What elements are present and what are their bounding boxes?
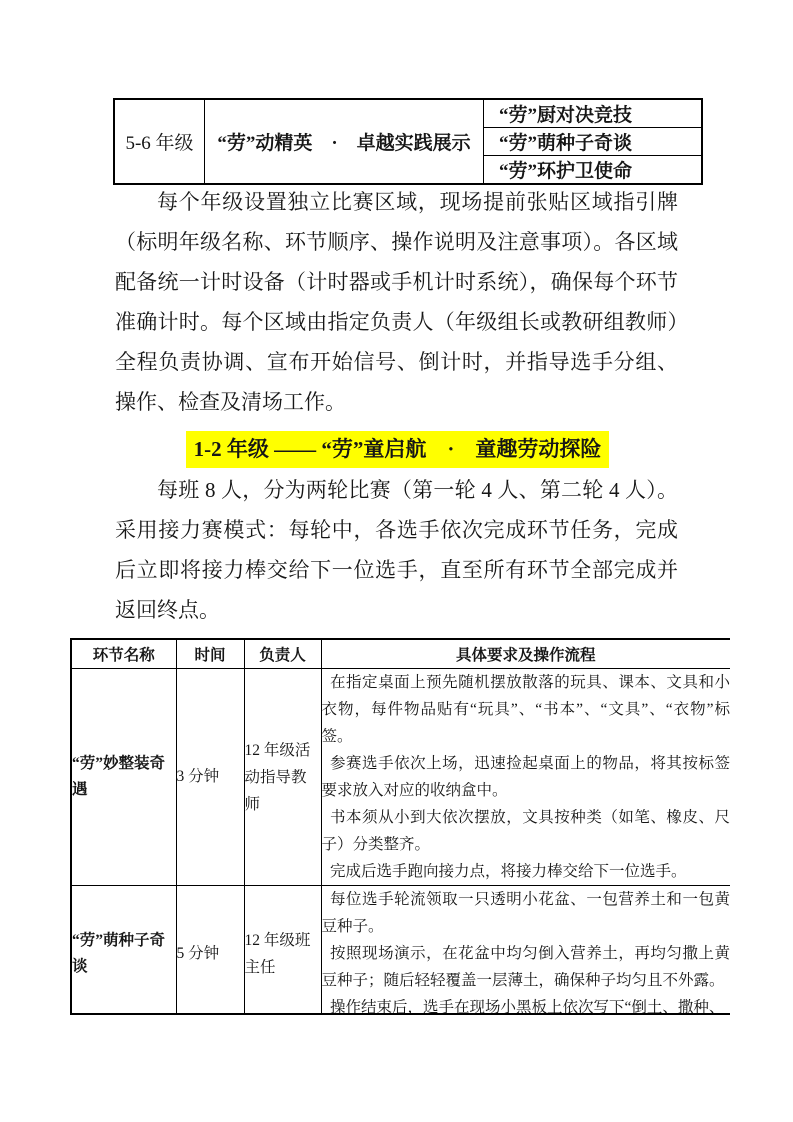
- paragraph-area-setup: 每个年级设置独立比赛区域，现场提前张贴区域指引牌（标明年级名称、环节顺序、操作说…: [115, 182, 678, 422]
- document-page: { "top_table": { "grade": "5-6 年级", "the…: [0, 0, 793, 1122]
- requirements-cell: 每位选手轮流领取一只透明小花盆、一包营养土和一包黄豆种子。 按照现场演示，在花盆…: [321, 886, 730, 1016]
- owner-cell: 12 年级班主任: [244, 886, 321, 1016]
- schedule-table-wrapper: 环节名称 时间 负责人 具体要求及操作流程 “劳”妙整装奇遇 3 分钟 12 年…: [70, 638, 730, 1015]
- requirement-paragraph: 操作结束后，选手在现场小黑板上依次写下“倒土、撒种、: [322, 994, 731, 1015]
- header-cell-time: 时间: [176, 639, 244, 669]
- owner-cell: 12 年级活动指导教师: [244, 669, 321, 886]
- requirements-cell: 在指定桌面上预先随机摆放散落的玩具、课本、文具和小衣物，每件物品贴有“玩具”、“…: [321, 669, 730, 886]
- grade-event-cell: “劳”厨对决竞技: [484, 99, 703, 128]
- header-cell-step-name: 环节名称: [71, 639, 176, 669]
- requirement-paragraph: 参赛选手依次上场，迅速捡起桌面上的物品，将其按标签要求放入对应的收纳盒中。: [322, 750, 731, 804]
- header-cell-owner: 负责人: [244, 639, 321, 669]
- grade-56-table: 5-6 年级 “劳”动精英 · 卓越实践展示 “劳”厨对决竞技 “劳”萌种子奇谈…: [113, 98, 703, 185]
- step-name-cell: “劳”萌种子奇谈: [71, 886, 176, 1016]
- paragraph-grade12-intro: 每班 8 人，分为两轮比赛（第一轮 4 人、第二轮 4 人）。采用接力赛模式：每…: [115, 470, 678, 630]
- step-name-cell: “劳”妙整装奇遇: [71, 669, 176, 886]
- table-row: 5-6 年级 “劳”动精英 · 卓越实践展示 “劳”厨对决竞技: [114, 99, 702, 128]
- section-heading: 1-2 年级 —— “劳”童启航 · 童趣劳动探险: [113, 431, 682, 468]
- requirement-paragraph: 完成后选手跑向接力点，将接力棒交给下一位选手。: [322, 858, 731, 885]
- schedule-row-seed-story: “劳”萌种子奇谈 5 分钟 12 年级班主任 每位选手轮流领取一只透明小花盆、一…: [71, 886, 730, 1016]
- schedule-table: 环节名称 时间 负责人 具体要求及操作流程 “劳”妙整装奇遇 3 分钟 12 年…: [70, 638, 730, 1015]
- time-cell: 5 分钟: [176, 886, 244, 1016]
- grade-theme-cell: “劳”动精英 · 卓越实践展示: [205, 99, 484, 184]
- requirement-paragraph: 每位选手轮流领取一只透明小花盆、一包营养土和一包黄豆种子。: [322, 886, 731, 940]
- time-cell: 3 分钟: [176, 669, 244, 886]
- header-cell-requirements: 具体要求及操作流程: [321, 639, 730, 669]
- requirement-paragraph: 书本须从小到大依次摆放，文具按种类（如笔、橡皮、尺子）分类整齐。: [322, 804, 731, 858]
- requirement-paragraph: 按照现场演示，在花盆中均匀倒入营养土，再均匀撒上黄豆种子；随后轻轻覆盖一层薄土，…: [322, 940, 731, 994]
- schedule-row-tidy-adventure: “劳”妙整装奇遇 3 分钟 12 年级活动指导教师 在指定桌面上预先随机摆放散落…: [71, 669, 730, 886]
- grade-label-cell: 5-6 年级: [114, 99, 205, 184]
- section-heading-highlight: 1-2 年级 —— “劳”童启航 · 童趣劳动探险: [186, 431, 610, 468]
- grade-event-cell: “劳”萌种子奇谈: [484, 128, 703, 156]
- schedule-header-row: 环节名称 时间 负责人 具体要求及操作流程: [71, 639, 730, 669]
- grade-event-cell: “劳”环护卫使命: [484, 156, 703, 185]
- requirement-paragraph: 在指定桌面上预先随机摆放散落的玩具、课本、文具和小衣物，每件物品贴有“玩具”、“…: [322, 669, 731, 750]
